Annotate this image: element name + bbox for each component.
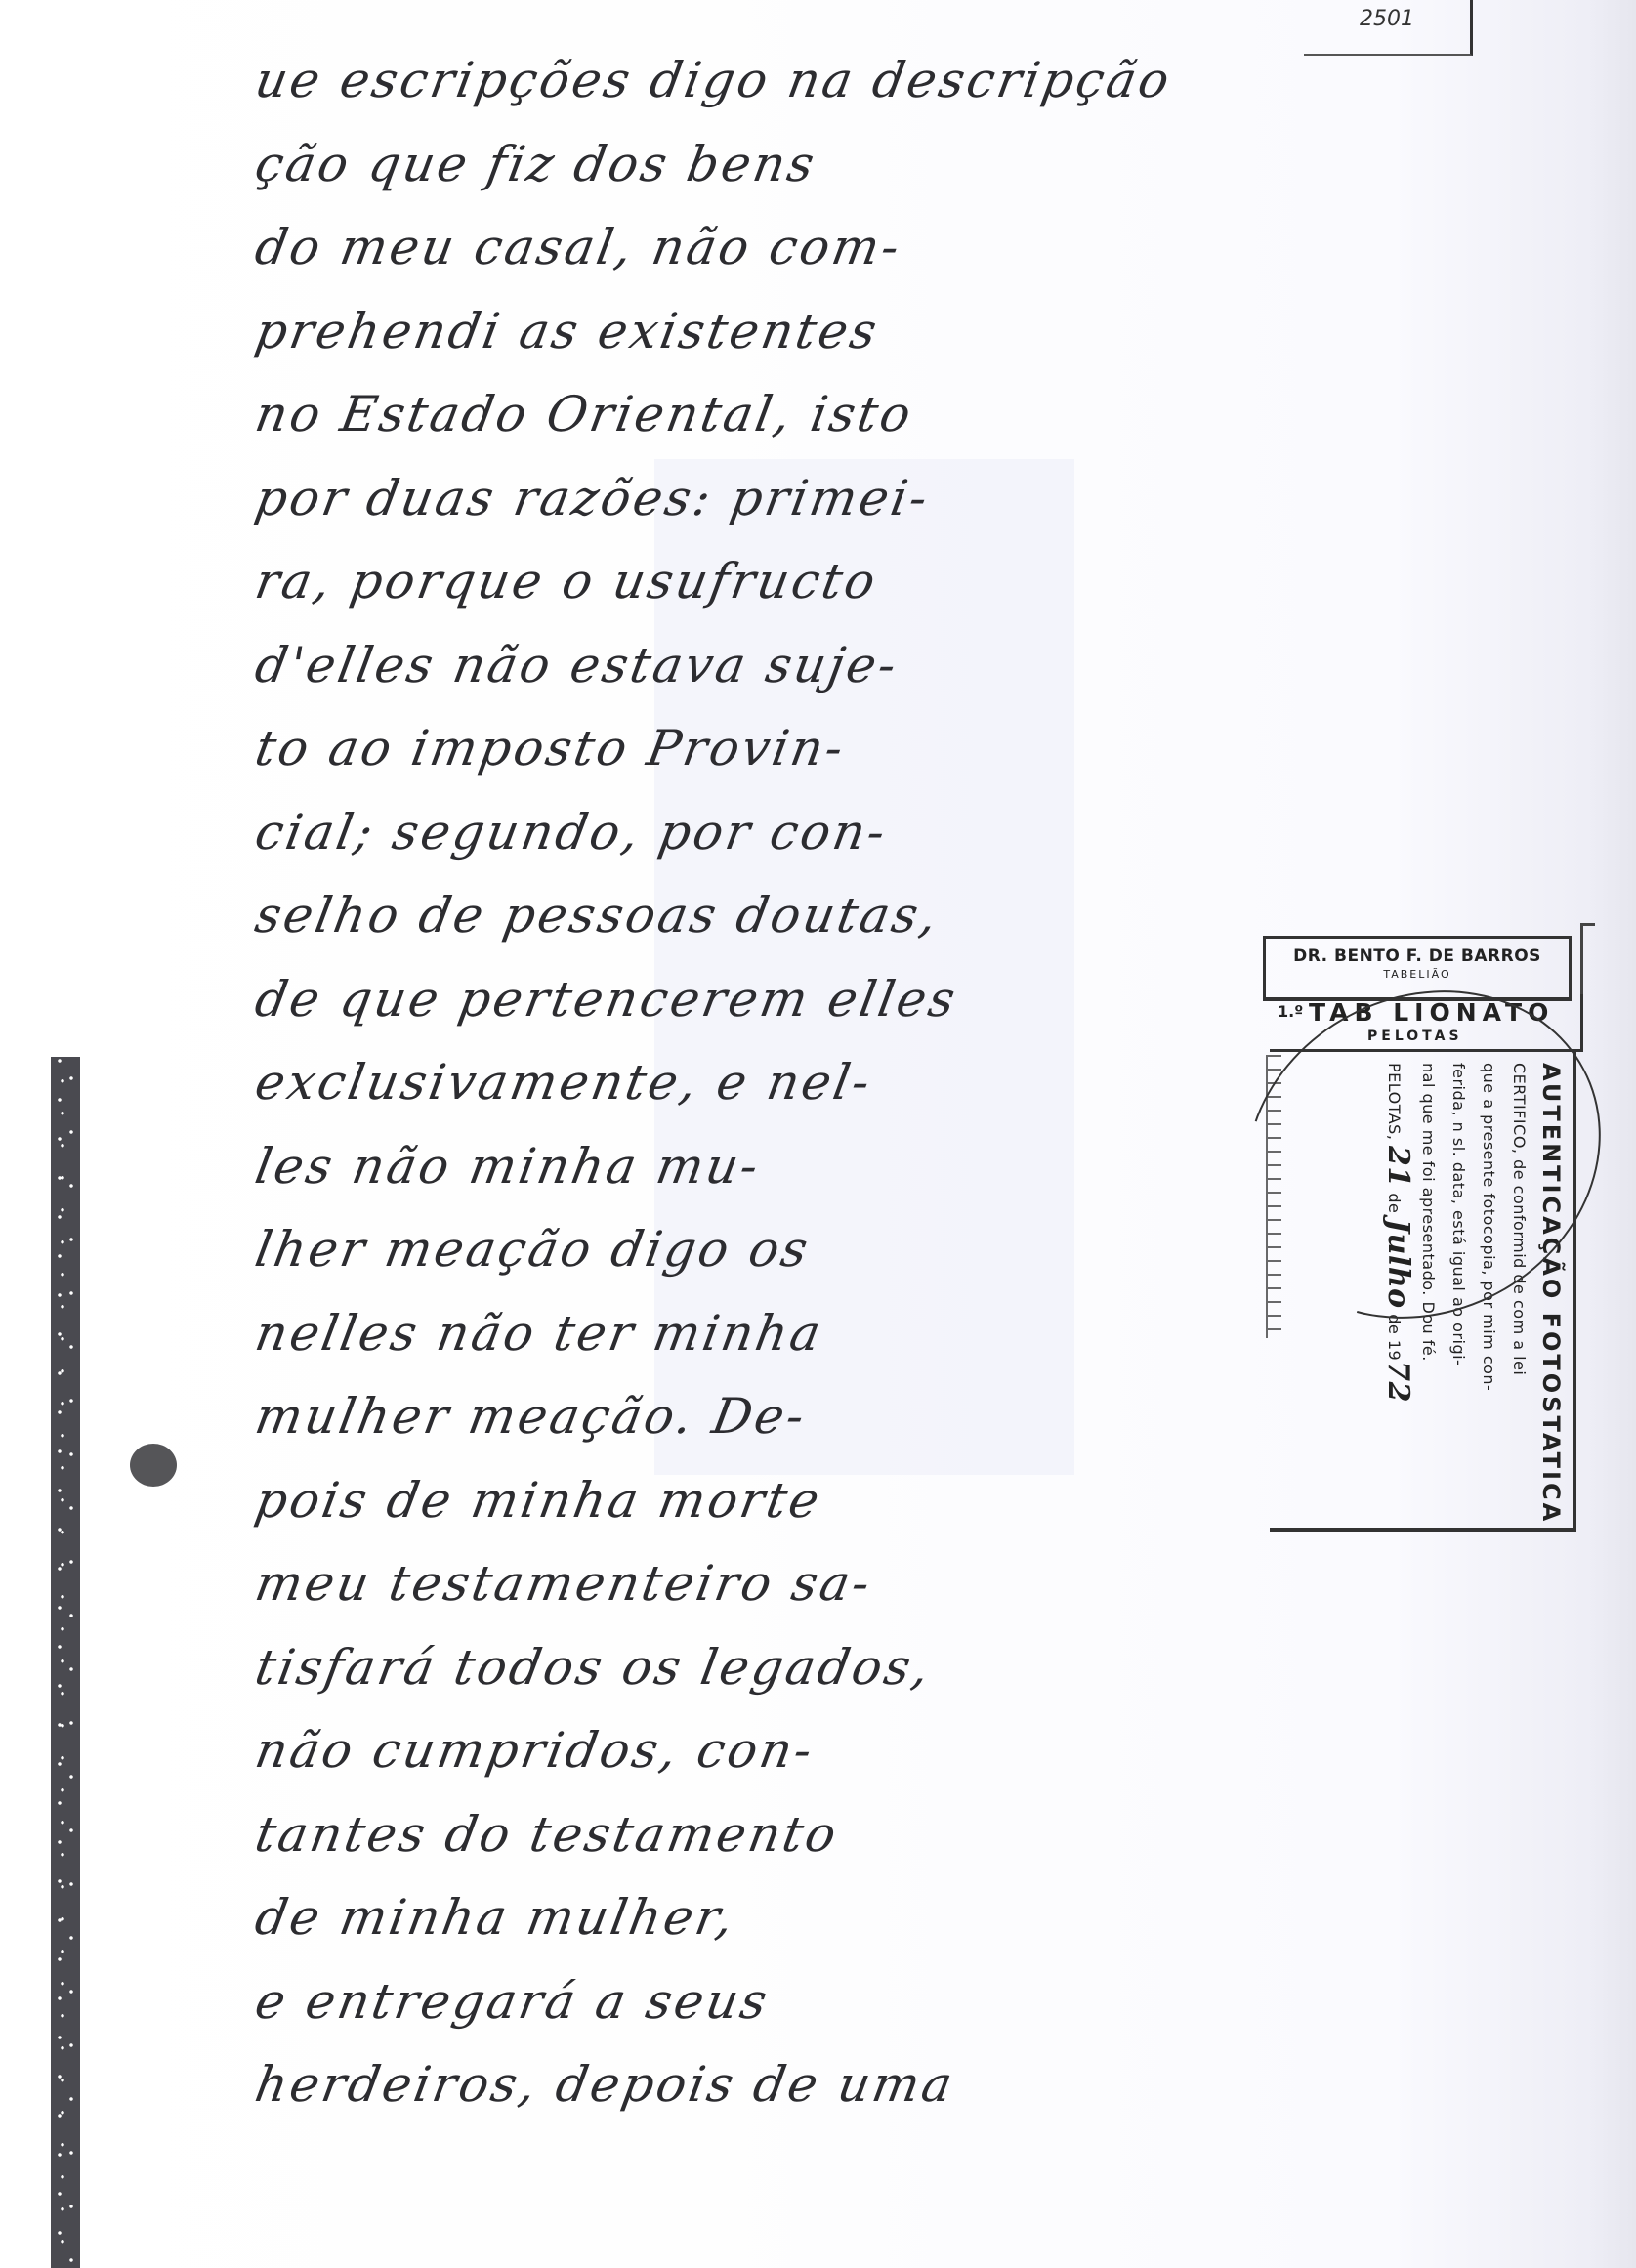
handwritten-line: por duas razões: primei- <box>248 457 1298 541</box>
notary-stamp-header: DR. BENTO F. DE BARROS TABELIÃO <box>1263 936 1572 1001</box>
handwritten-line: exclusivamente, e nel- <box>248 1041 1298 1125</box>
document-page: 2501 ue escripções digo na descripçãoção… <box>0 0 1636 2268</box>
handwritten-text: ue escripções digo na descripçãoção que … <box>256 39 1291 2127</box>
handwritten-line: les não minha mu- <box>248 1125 1298 1209</box>
handwritten-line: herdeiros, depois de uma <box>248 2043 1298 2127</box>
stamp-day-sep: de <box>1385 1193 1404 1213</box>
stamp-line: CERTIFICO, de conformid de com a lei <box>1504 1063 1534 1522</box>
handwritten-line: de que pertencerem elles <box>248 958 1298 1042</box>
handwritten-line: nelles não ter minha <box>248 1292 1298 1376</box>
handwritten-line: d'elles não estava suje- <box>248 624 1298 708</box>
handwritten-line: prehendi as existentes <box>248 290 1298 374</box>
handwritten-line: pois de minha morte <box>248 1459 1298 1543</box>
notary-office: 1.º TAB LIONATO PELOTAS <box>1270 994 1583 1052</box>
handwritten-line: do meu casal, não com- <box>248 206 1298 290</box>
notary-name: DR. BENTO F. DE BARROS <box>1266 946 1569 966</box>
stamp-year-suffix: 72 <box>1381 1361 1415 1403</box>
handwritten-line: tisfará todos os legados, <box>248 1626 1298 1710</box>
stamp-line: que a presente fotocopia, por mim con- <box>1474 1063 1504 1522</box>
handwritten-line: no Estado Oriental, isto <box>248 373 1298 457</box>
handwritten-line: selho de pessoas doutas, <box>248 874 1298 958</box>
handwritten-line: ue escripções digo na descripção <box>248 39 1298 123</box>
page-number-mark: 2501 <box>1304 0 1473 56</box>
handwritten-line: tantes do testamento <box>248 1793 1298 1877</box>
notary-role: TABELIÃO <box>1266 968 1569 981</box>
handwritten-line: ção que fiz dos bens <box>248 123 1298 207</box>
handwritten-line: ra, porque o usufructo <box>248 540 1298 624</box>
handwritten-line: e entregará a seus <box>248 1960 1298 2044</box>
office-name: TAB LIONATO <box>1309 998 1554 1027</box>
stamp-year-prefix: de 19 <box>1385 1314 1404 1361</box>
handwritten-line: mulher meação. De- <box>248 1375 1298 1459</box>
handwritten-line: to ao imposto Provin- <box>248 707 1298 791</box>
stamp-line: nal que me foi apresentado. Dou fé. <box>1413 1063 1444 1522</box>
scan-edge-bar <box>51 1057 80 2268</box>
handwritten-line: não cumpridos, con- <box>248 1709 1298 1793</box>
stamp-date: PELOTAS, 21 de Julho de 1972 <box>1379 1063 1413 1522</box>
office-city: PELOTAS <box>1367 1029 1463 1044</box>
stamp-line: ferida, n sl. data, está igual ao origi- <box>1444 1063 1474 1522</box>
handwritten-line: cial; segundo, por con- <box>248 791 1298 875</box>
punch-hole <box>130 1444 177 1487</box>
handwritten-line: de minha mulher, <box>248 1876 1298 1960</box>
authentication-stamp: AUTENTICAÇÃO FOTOSTATICA CERTIFICO, de c… <box>1294 1063 1568 1522</box>
stamp-day: 21 <box>1381 1146 1415 1188</box>
office-number: 1.º <box>1278 1002 1303 1021</box>
handwritten-line: lher meação digo os <box>248 1208 1298 1292</box>
authentication-title: AUTENTICAÇÃO FOTOSTATICA <box>1534 1063 1568 1522</box>
stamp-place: PELOTAS, <box>1385 1063 1404 1140</box>
stamp-month: Julho <box>1381 1219 1415 1309</box>
handwritten-line: meu testamenteiro sa- <box>248 1542 1298 1626</box>
